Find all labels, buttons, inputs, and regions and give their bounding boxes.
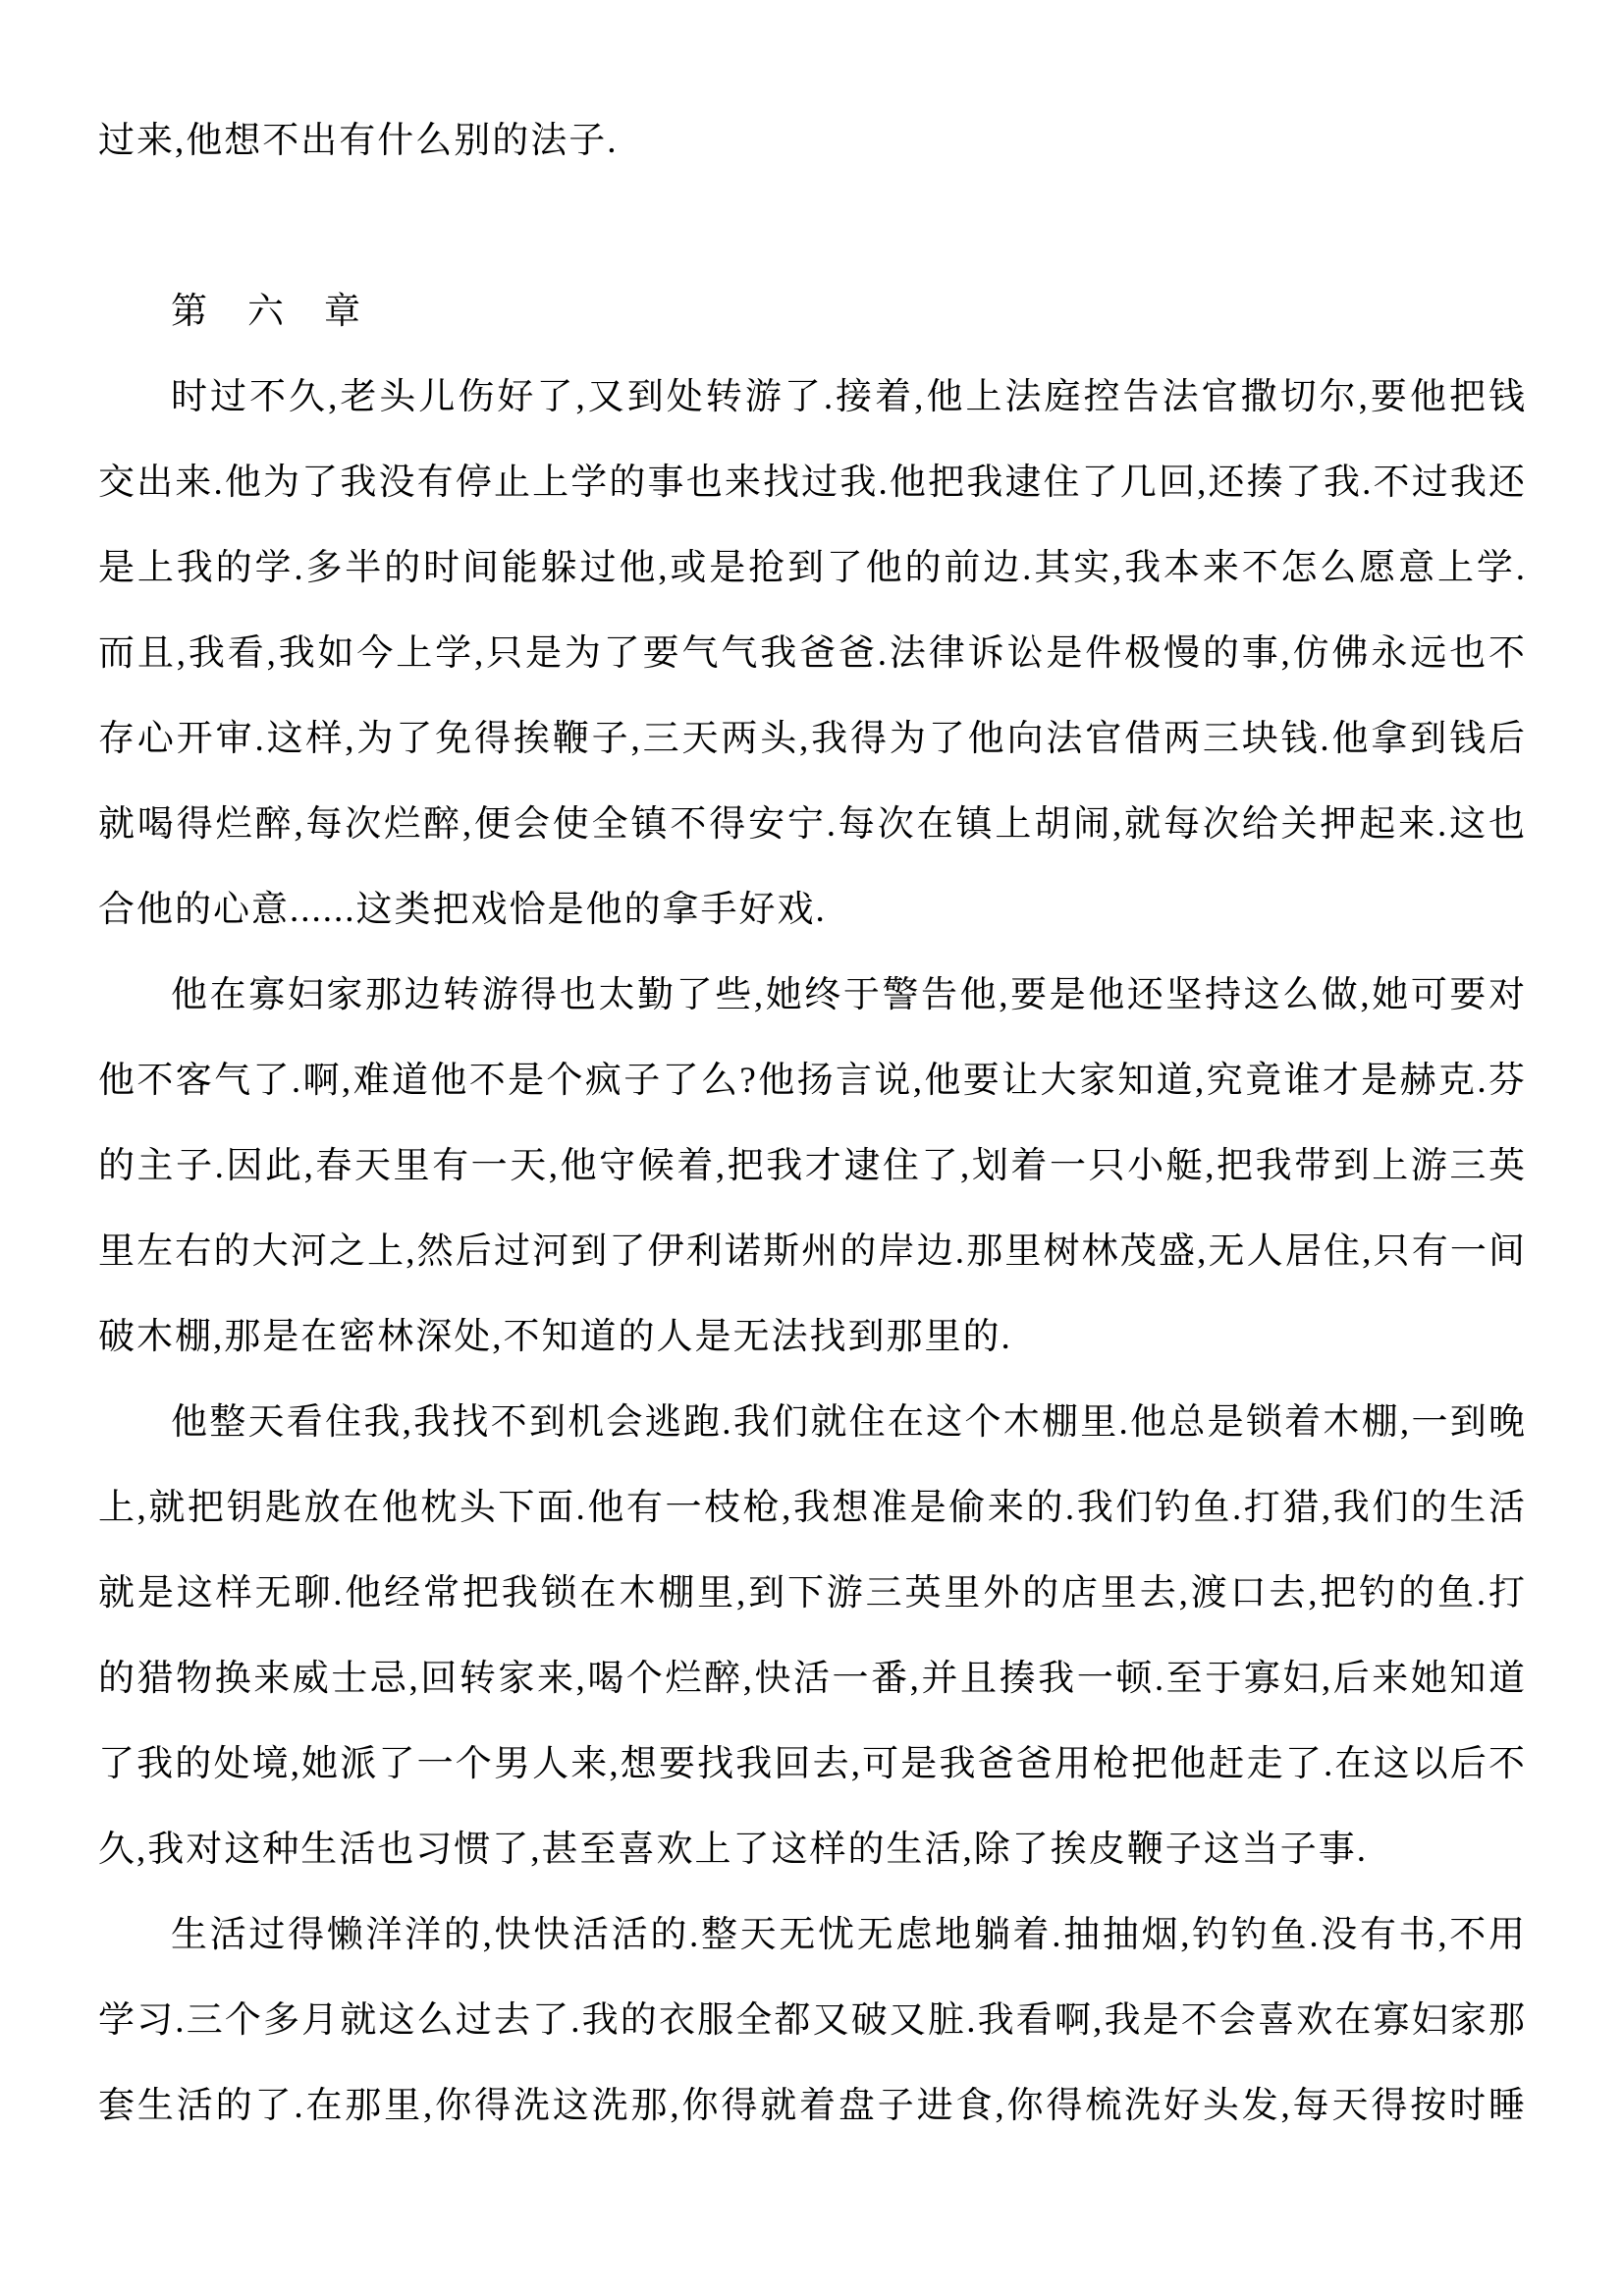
paragraph-line: 时过不久,老头儿伤好了,又到处转游了.接着,他上法庭控告法官撒切尔,要他把钱 <box>98 355 1527 440</box>
paragraph-line: 久,我对这种生活也习惯了,甚至喜欢上了这样的生活,除了挨皮鞭子这当子事. <box>98 1807 1527 1892</box>
paragraph-line: 生活过得懒洋洋的,快快活活的.整天无忧无虑地躺着.抽抽烟,钓钓鱼.没有书,不用 <box>98 1892 1527 1978</box>
paragraph-line: 是上我的学.多半的时间能躲过他,或是抢到了他的前边.其实,我本来不怎么愿意上学. <box>98 525 1527 611</box>
paragraph-line: 学习.三个多月就这么过去了.我的衣服全都又破又脏.我看啊,我是不会喜欢在寡妇家那 <box>98 1978 1527 2063</box>
paragraph-line: 上,就把钥匙放在他枕头下面.他有一枝枪,我想准是偷来的.我们钓鱼.打猎,我们的生… <box>98 1465 1527 1551</box>
paragraph: 他在寡妇家那边转游得也太勤了些,她终于警告他,要是他还坚持这么做,她可要对 他不… <box>98 953 1527 1380</box>
paragraph-line: 他在寡妇家那边转游得也太勤了些,她终于警告他,要是他还坚持这么做,她可要对 <box>98 953 1527 1038</box>
paragraph-line: 交出来.他为了我没有停止上学的事也来找过我.他把我逮住了几回,还揍了我.不过我还 <box>98 440 1527 525</box>
paragraph-line: 就喝得烂醉,每次烂醉,便会使全镇不得安宁.每次在镇上胡闹,就每次给关押起来.这也 <box>98 782 1527 867</box>
paragraph-line: 他不客气了.啊,难道他不是个疯子了么?他扬言说,他要让大家知道,究竟谁才是赫克.… <box>98 1038 1527 1123</box>
chapter-heading: 第 六 章 <box>98 269 1527 355</box>
paragraph-line: 就是这样无聊.他经常把我锁在木棚里,到下游三英里外的店里去,渡口去,把钓的鱼.打 <box>98 1551 1527 1636</box>
paragraph-line: 的猎物换来威士忌,回转家来,喝个烂醉,快活一番,并且揍我一顿.至于寡妇,后来她知… <box>98 1636 1527 1722</box>
paragraph-line: 合他的心意......这类把戏恰是他的拿手好戏. <box>98 867 1527 953</box>
paragraph-line: 套生活的了.在那里,你得洗这洗那,你得就着盘子进食,你得梳洗好头发,每天得按时睡 <box>98 2063 1527 2149</box>
paragraph-line: 的主子.因此,春天里有一天,他守候着,把我才逮住了,划着一只小艇,把我带到上游三… <box>98 1123 1527 1209</box>
paragraph-line: 里左右的大河之上,然后过河到了伊利诺斯州的岸边.那里树林茂盛,无人居住,只有一间 <box>98 1209 1527 1294</box>
paragraph: 他整天看住我,我找不到机会逃跑.我们就住在这个木棚里.他总是锁着木棚,一到晚 上… <box>98 1380 1527 1892</box>
paragraph-line: 存心开审.这样,为了免得挨鞭子,三天两头,我得为了他向法官借两三块钱.他拿到钱后 <box>98 696 1527 782</box>
paragraph-line: 而且,我看,我如今上学,只是为了要气气我爸爸.法律诉讼是件极慢的事,仿佛永远也不 <box>98 611 1527 696</box>
continuation-line: 过来,他想不出有什么别的法子. <box>98 98 1527 184</box>
document-page: 过来,他想不出有什么别的法子. 第 六 章 时过不久,老头儿伤好了,又到处转游了… <box>0 0 1623 2296</box>
paragraph-line: 他整天看住我,我找不到机会逃跑.我们就住在这个木棚里.他总是锁着木棚,一到晚 <box>98 1380 1527 1465</box>
paragraph: 生活过得懒洋洋的,快快活活的.整天无忧无虑地躺着.抽抽烟,钓钓鱼.没有书,不用 … <box>98 1892 1527 2149</box>
paragraph-line: 破木棚,那是在密林深处,不知道的人是无法找到那里的. <box>98 1294 1527 1380</box>
paragraph-line: 了我的处境,她派了一个男人来,想要找我回去,可是我爸爸用枪把他赶走了.在这以后不 <box>98 1722 1527 1807</box>
paragraph: 时过不久,老头儿伤好了,又到处转游了.接着,他上法庭控告法官撒切尔,要他把钱 交… <box>98 355 1527 953</box>
